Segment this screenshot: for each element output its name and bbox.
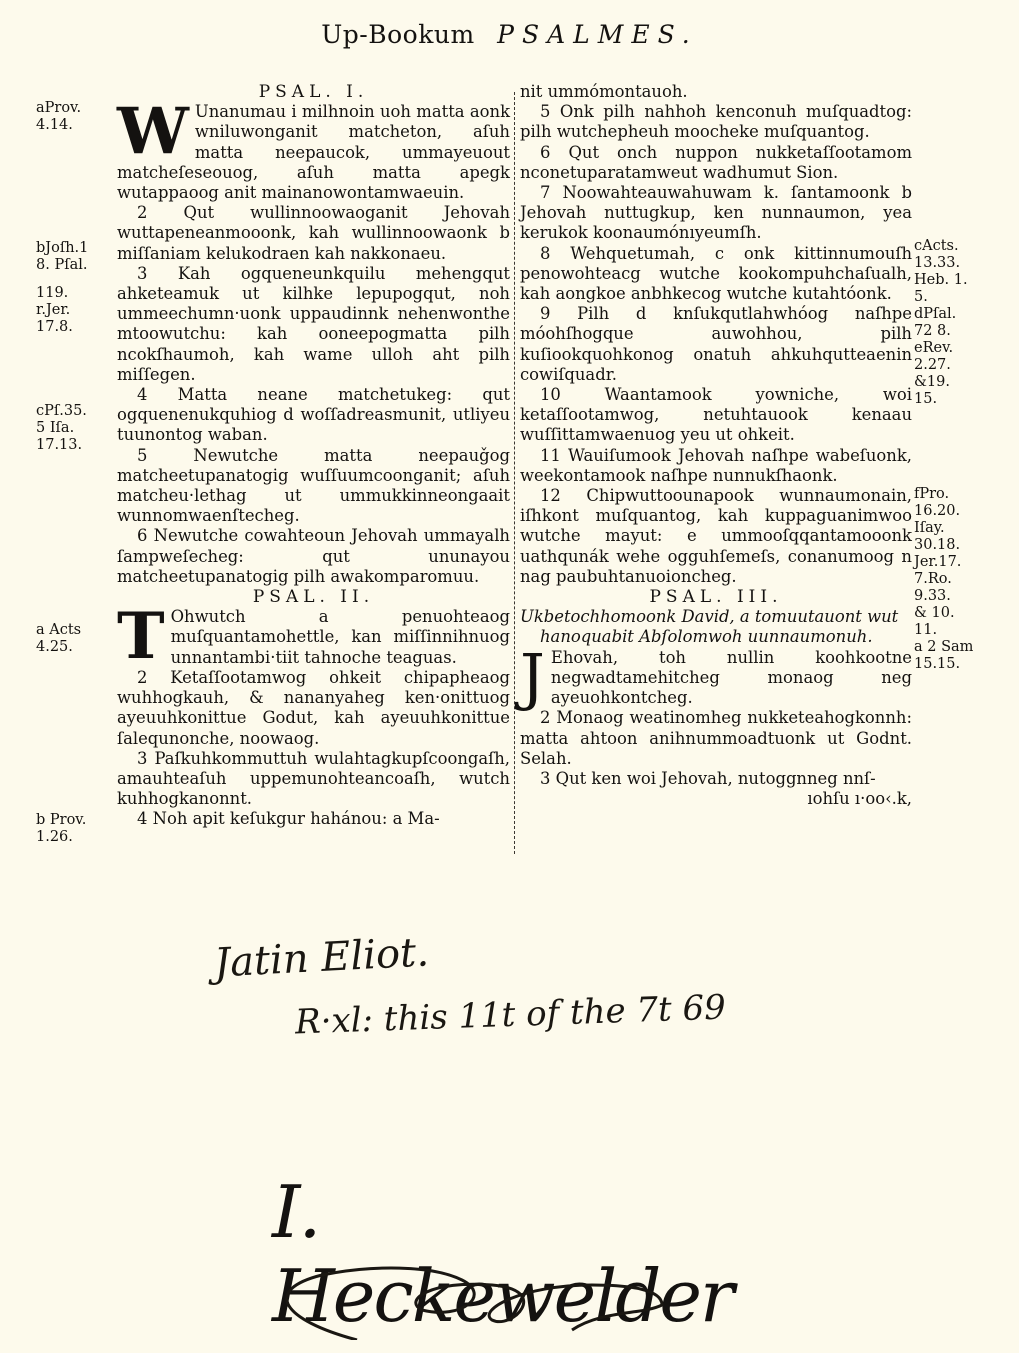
verse: 6 Qut onch nuppon nukketaſſootamom ncone…	[520, 143, 912, 183]
verse: 3 Paſkuhkommuttuh wulahtagkupſcoongaſh, …	[117, 749, 510, 810]
verse: 3 Qut ken woi Jehovah, nutoggnneg nnſ-	[520, 769, 912, 789]
verse-text: Ohwutch a penuohteaog muſquantamohettle,…	[171, 607, 510, 666]
running-head-book: Up-Bookum	[321, 20, 474, 49]
drop-cap: W	[117, 104, 189, 160]
running-head-title: PSALMES.	[497, 20, 698, 49]
margin-note: aProv. 4.14.	[36, 100, 114, 134]
margin-note: fPro. 16.20. Iſay. 30.18. Jer.17. 7.Ro. …	[914, 486, 1004, 673]
margin-note: bJoſh.1 8. Pſal.	[36, 240, 114, 274]
verse: 5 Newutche matta neepauǧog matcheetupana…	[117, 446, 510, 527]
drop-cap: J	[520, 650, 545, 704]
verse: 2 Monaog weatinomheg nukketeahogkonnh: m…	[520, 708, 912, 769]
psalm-heading: PSAL. III.	[520, 587, 912, 607]
verse: 4 Noh apit keſukgur hahánou: a Ma-	[117, 809, 510, 829]
verse: 9 Pilh d knſukqutlahwhóog naſhpe móohſho…	[520, 304, 912, 385]
right-column: nit ummómontauoh. 5 Onk pilh nahhoh kenc…	[520, 82, 912, 809]
catchword: ıohſu ı·oo‹.k,	[520, 789, 912, 809]
signature: I. Heckewelder	[262, 1170, 692, 1340]
verse: 12 Chipwuttoounapook wunnaumonain, iſhko…	[520, 486, 912, 587]
verse-text: Ehovah, toh nullin koohkootne negwadtame…	[551, 648, 912, 707]
handwritten-name: Jatin Eliot.	[213, 929, 430, 986]
verse: WUnanumau i milhnoin uoh matta aonk wnil…	[117, 102, 510, 203]
psalm-heading: PSAL. II.	[117, 587, 510, 607]
handwritten-date-note: R·xl: this 11t of the 7t 69	[294, 987, 726, 1042]
verse: 5 Onk pilh nahhoh kenconuh muſquadtog: p…	[520, 102, 912, 142]
verse: 3 Kah ogqueneunkquilu mehengqut ahketeam…	[117, 264, 510, 385]
left-column: PSAL. I. WUnanumau i milhnoin uoh matta …	[117, 82, 510, 830]
margin-note: a Acts 4.25.	[36, 622, 114, 656]
verse: 2 Qut wullinnoowaoganit Jehovah wuttapen…	[117, 203, 510, 264]
verse: JEhovah, toh nullin koohkootne negwadtam…	[520, 648, 912, 709]
drop-cap: T	[117, 609, 165, 665]
margin-note: b Prov. 1.26.	[36, 812, 114, 846]
margin-note: cPſ.35. 5 Iſa. 17.13.	[36, 403, 114, 454]
verse: nit ummómontauoh.	[520, 82, 912, 102]
verse: 4 Matta neane matchetukeg: qut ogquenenu…	[117, 385, 510, 446]
margin-note: cActs. 13.33. Heb. 1. 5. dPſal. 72 8. eR…	[914, 238, 1004, 408]
margin-note: 119. r.Jer. 17.8.	[36, 285, 114, 336]
verse: TOhwutch a penuohteaog muſquantamohettle…	[117, 607, 510, 668]
verse: 6 Newutche cowahteoun Jehovah ummayalh ſ…	[117, 526, 510, 587]
verse: 7 Noowahteauwahuwam k. ſantamoonk b Jeho…	[520, 183, 912, 244]
verse: 11 Wauiſumook Jehovah naſhpe wabeſuonk, …	[520, 446, 912, 486]
signature-flourish-icon	[262, 1170, 692, 1340]
verse: 10 Waantamook yowniche, woi ketaſſootamw…	[520, 385, 912, 446]
running-head: Up-Bookum PSALMES.	[0, 20, 1019, 49]
verse: 8 Wehquetumah, c onk kittinnumouſh penow…	[520, 244, 912, 305]
psalm-superscription: Ukbetochhomoonk David, a tomuutauont wut…	[520, 607, 912, 647]
verse: 2 Ketaſſootamwog ohkeit chipapheaog wuhh…	[117, 668, 510, 749]
column-rule	[514, 92, 515, 854]
